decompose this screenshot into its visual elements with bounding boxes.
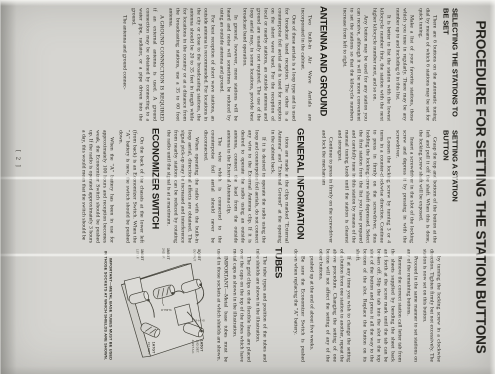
paragraph: The tube types and position of the tubes… [253,249,267,362]
paragraph: When the "A" battery has been in use for… [79,130,114,243]
paragraph: tions are made at the clips marked "Exte… [268,130,289,243]
column-right: by turning the locking screw in a clockw… [101,249,459,362]
manual-page: PROCEDURE FOR SETTING THE STATION BUTTON… [0,0,495,374]
section-heading-general-information: GENERAL INFORMATION [294,128,305,243]
paragraph: by turning the locking screw in a clockw… [420,249,441,362]
paragraph: Proceed in the same manner to set statio… [404,249,418,362]
paragraph: One of these aerials is a loop type and … [240,8,296,121]
paragraph: If at any time you wish to change the se… [316,249,351,362]
paragraph: There are 6 buttons on the automatic tun… [416,8,437,121]
section-heading-economizer-switch: ECONOMIZER SWITCH [149,128,160,243]
page-number: [ 2 ] [14,150,21,210]
section-heading-tubes: TUBES [272,247,283,362]
tube-role-2nd-if: 2ND I.F. [161,248,165,259]
paragraph: Insert a screwdriver in the slot of the … [393,130,414,243]
paragraph: Continue to press in firmly on the screw… [319,130,333,243]
paragraph: For best reception of short wave station… [166,8,215,121]
tube-role-1st-if: 1ST I.F. [135,249,139,259]
paragraph: pushed up at the end of about five weeks… [307,249,314,362]
paragraph: Two built-in Air Wave Aerials are incorp… [298,8,312,121]
scanned-page-viewport: PROCEDURE FOR SETTING THE STATION BUTTON… [0,0,495,374]
paragraph: If it is desired to operate the radio us… [224,130,266,243]
paragraph: The grid clips on the flexible leads are… [230,249,251,362]
paragraph: Loosen the locking screw by turning 3 or… [335,130,391,243]
chassis-diagram: 3Q5GT OUTPUT 1H5GT 2ND DET. & 1ST A.F. 1… [113,248,210,362]
tube-role-1st-af: & 1ST A.F. [190,340,194,354]
paragraph: When operating the radio with the built-… [164,130,199,243]
paragraph: Be sure the Economizer Switch is pushed … [291,249,305,362]
illustration-caption: IMPORTANT—METAL BASE TUBES MUST BE USED … [103,249,113,362]
section-heading-setting-button: SETTING A STATION BUTTON [441,130,459,204]
tube-role-output: OUTPUT [192,249,196,261]
paragraph: The antenna and ground connec- [120,8,127,121]
section-heading-selecting-stations: SELECTING THE STATIONS TO BE SET [441,8,459,121]
figure-number: B-14-61 [193,318,204,322]
paragraph: The wire which is connected to the count… [201,130,222,243]
paragraph: Any button may be used for any station y… [340,8,368,121]
paragraph: Grasp the top and bottom of the button a… [416,130,437,243]
page-title: PROCEDURE FOR SETTING THE STATION BUTTON… [473,0,489,374]
paragraph: In general, however, more stations will … [217,8,238,121]
tube-layout-illustration: 3Q5GT OUTPUT 1H5GT 2ND DET. & 1ST A.F. 1… [113,248,210,362]
section-heading-antenna-ground: ANTENNA AND GROUND [317,6,328,121]
paragraph: Make a list of your favorite stations, t… [393,8,414,121]
paragraph: A GROUND CONNECTION IS REQUIRED if an ex… [129,8,164,121]
paragraph: It is better to list the station with th… [370,8,391,121]
paragraph: Remove the correct station call letter t… [353,249,402,362]
paragraph: IMPORTANT—Metal base tubes must be used … [214,249,228,362]
shield-label: SHIELD [160,308,172,312]
tube-role-1st-det: 1ST DET. [146,342,150,355]
column-left: SELECTING THE STATIONS TO BE SET There a… [118,8,459,121]
paragraph: On the back of the chassis at the lower … [116,130,144,243]
column-center: SETTING A STATION BUTTON Grasp the top a… [77,130,459,243]
